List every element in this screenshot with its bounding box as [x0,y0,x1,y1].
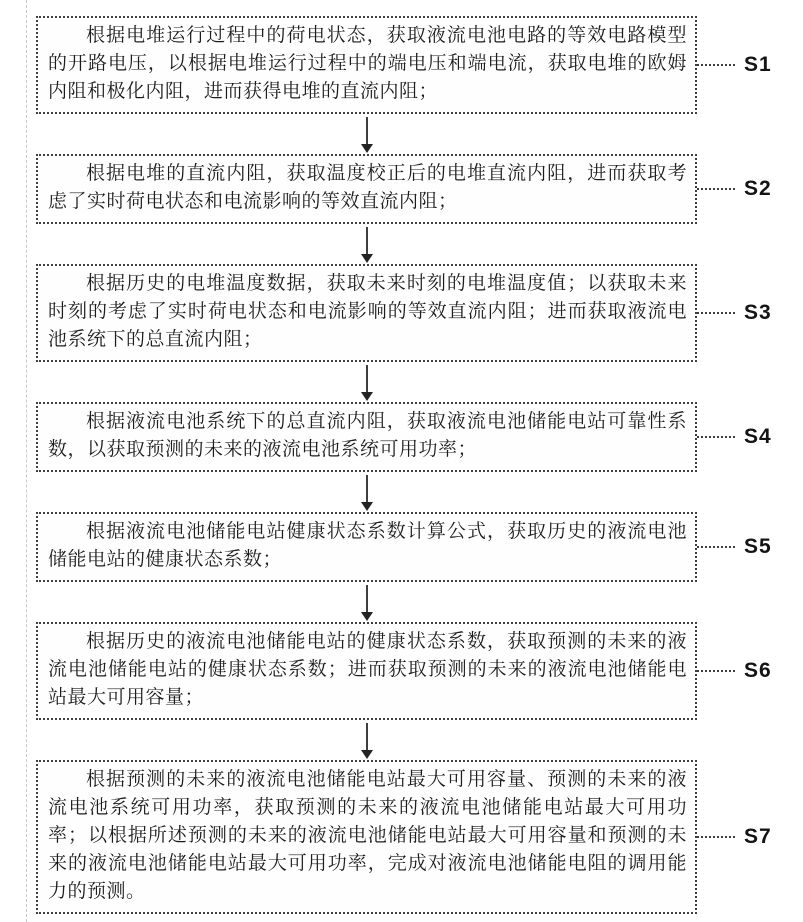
step-connector-line [697,836,735,838]
flow-step-7: 根据预测的未来的液流电池储能电站最大可用容量、预测的未来的液流电池系统可用功率，… [36,760,803,914]
step-box: 根据液流电池系统下的总直流内阻，获取液流电池储能电站可靠性系数，以获取预测的未来… [36,402,697,472]
step-connector-line [697,670,735,672]
flow-step-3: 根据历史的电堆温度数据，获取未来时刻的电堆温度值；以获取未来时刻的考虑了实时荷电… [36,264,803,362]
flow-arrow-down [36,720,697,760]
flow-step-4: 根据液流电池系统下的总直流内阻，获取液流电池储能电站可靠性系数，以获取预测的未来… [36,402,803,472]
step-label: S4 [735,425,772,449]
flow-arrow-down [36,224,697,264]
step-label: S2 [735,177,772,201]
step-label: S7 [735,825,772,849]
step-label: S5 [735,535,772,559]
flow-step-6: 根据历史的液流电池储能电站的健康状态系数，获取预测的未来的液流电池储能电站的健康… [36,622,803,720]
arrow-line [366,227,368,254]
step-text: 根据预测的未来的液流电池储能电站最大可用容量、预测的未来的液流电池系统可用功率，… [48,766,687,906]
step-label: S1 [735,53,772,77]
arrow-line [366,723,368,750]
flow-step-1: 根据电堆运行过程中的荷电状态，获取液流电池电路的等效电路模型的开路电压，以根据电… [36,16,803,114]
arrow-line [366,365,368,392]
arrow-head-icon [361,254,373,263]
arrow-head-icon [361,750,373,759]
patent-flowchart-figure: 根据电堆运行过程中的荷电状态，获取液流电池电路的等效电路模型的开路电压，以根据电… [0,0,803,922]
arrow-head-icon [361,144,373,153]
step-connector-line [697,188,735,190]
step-box: 根据预测的未来的液流电池储能电站最大可用容量、预测的未来的液流电池系统可用功率，… [36,760,697,914]
arrow-head-icon [361,502,373,511]
step-box: 根据液流电池储能电站健康状态系数计算公式，获取历史的液流电池储能电站的健康状态系… [36,512,697,582]
step-text: 根据液流电池储能电站健康状态系数计算公式，获取历史的液流电池储能电站的健康状态系… [48,518,687,574]
step-box: 根据电堆运行过程中的荷电状态，获取液流电池电路的等效电路模型的开路电压，以根据电… [36,16,697,114]
flow-step-5: 根据液流电池储能电站健康状态系数计算公式，获取历史的液流电池储能电站的健康状态系… [36,512,803,582]
step-connector-line [697,64,735,66]
step-connector-line [697,312,735,314]
step-box: 根据历史的电堆温度数据，获取未来时刻的电堆温度值；以获取未来时刻的考虑了实时荷电… [36,264,697,362]
arrow-line [366,585,368,612]
flow-arrow-down [36,362,697,402]
arrow-head-icon [361,392,373,401]
arrow-head-icon [361,612,373,621]
step-text: 根据历史的电堆温度数据，获取未来时刻的电堆温度值；以获取未来时刻的考虑了实时荷电… [48,270,687,354]
flow-arrow-down [36,472,697,512]
arrow-line [366,475,368,502]
step-text: 根据电堆运行过程中的荷电状态，获取液流电池电路的等效电路模型的开路电压，以根据电… [48,22,687,106]
step-text: 根据液流电池系统下的总直流内阻，获取液流电池储能电站可靠性系数，以获取预测的未来… [48,408,687,464]
step-box: 根据历史的液流电池储能电站的健康状态系数，获取预测的未来的液流电池储能电站的健康… [36,622,697,720]
step-text: 根据电堆的直流内阻，获取温度校正后的电堆直流内阻，进而获取考虑了实时荷电状态和电… [48,160,687,216]
step-label: S3 [735,301,772,325]
flow-arrow-down [36,114,697,154]
step-label: S6 [735,659,772,683]
flowchart: 根据电堆运行过程中的荷电状态，获取液流电池电路的等效电路模型的开路电压，以根据电… [0,16,803,914]
step-connector-line [697,546,735,548]
flow-arrow-down [36,582,697,622]
arrow-line [366,117,368,144]
step-text: 根据历史的液流电池储能电站的健康状态系数，获取预测的未来的液流电池储能电站的健康… [48,628,687,712]
step-connector-line [697,436,735,438]
step-box: 根据电堆的直流内阻，获取温度校正后的电堆直流内阻，进而获取考虑了实时荷电状态和电… [36,154,697,224]
flow-step-2: 根据电堆的直流内阻，获取温度校正后的电堆直流内阻，进而获取考虑了实时荷电状态和电… [36,154,803,224]
